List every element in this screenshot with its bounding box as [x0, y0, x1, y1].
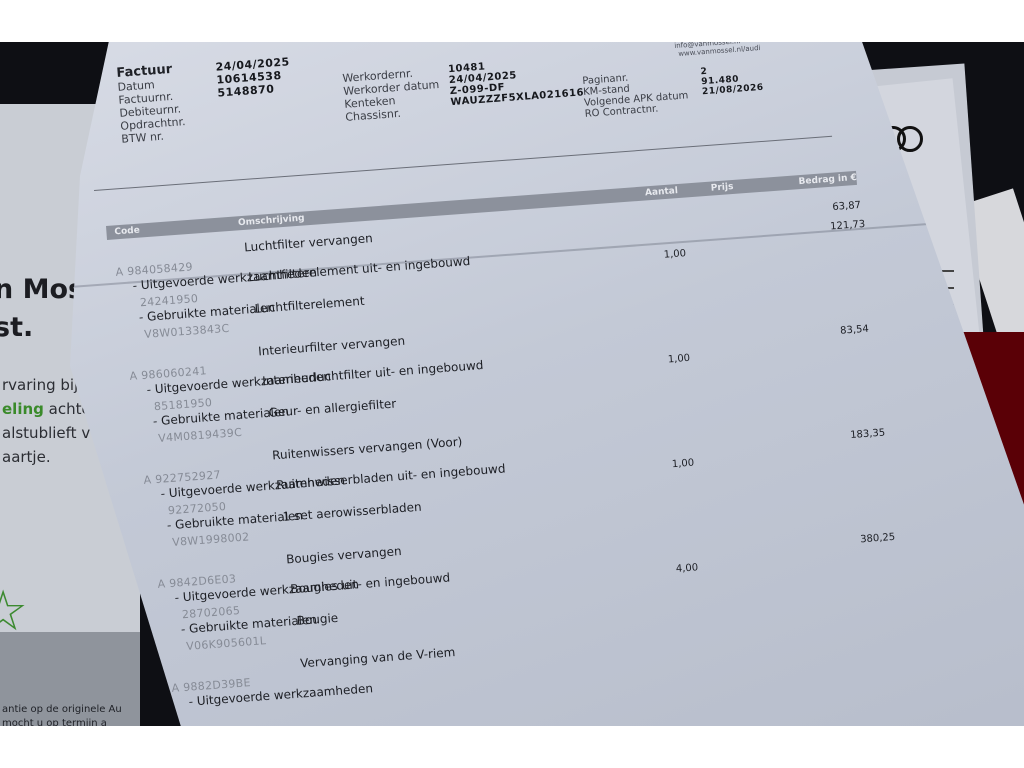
item-title-text: Luchtfilter vervangen — [244, 231, 373, 254]
item-quantity: 1,00 — [672, 458, 695, 471]
item-work-desc: Bougies uit- en ingebouwd — [290, 571, 451, 597]
item-title-text: Bougies vervangen — [286, 544, 402, 566]
item-title-text: Vervanging van de V-riem — [300, 645, 456, 670]
item-material-desc-text: Bougie — [296, 611, 338, 628]
item-work-desc-text: Luchtfilterelement uit- en ingebouwd — [248, 254, 471, 284]
col-description: Omschrijving — [238, 211, 305, 230]
item-material-desc: Geur- en allergiefilter — [268, 397, 396, 420]
item-material-code: V8W0133843C — [144, 322, 230, 341]
item-material-desc-text: Geur- en allergiefilter — [268, 397, 396, 420]
leaflet-text-3: alstublieft v — [2, 424, 90, 442]
invoice-header-right: Paginanr. KM-stand Volgende APK datum RO… — [582, 63, 765, 120]
item-amount: 83,54 — [840, 324, 869, 337]
item-title: Ruitenwissers vervangen (Voor) — [272, 435, 463, 463]
item-material-code-text: V8W0133843C — [144, 322, 230, 341]
item-title-text: Interieurfilter vervangen — [258, 334, 406, 359]
col-price: Prijs — [710, 180, 734, 196]
item-material-desc-text: Luchtfilterelement — [254, 294, 365, 316]
leaflet-heading-1: n Mos — [0, 274, 84, 305]
item-quantity: 4,00 — [676, 562, 699, 575]
item-quantity: 1,00 — [667, 353, 690, 366]
item-material-code: V8W1998002 — [172, 530, 250, 549]
item-title-text: Ruitenwissers vervangen (Voor) — [272, 435, 463, 463]
item-material-desc: Bougie — [296, 611, 338, 628]
invoice-header-middle: Werkordernr. Werkorder datum Kenteken Ch… — [342, 54, 585, 123]
leaflet-heading-2: st. — [0, 312, 33, 343]
item-material-code-text: V8W1998002 — [172, 530, 250, 549]
item-work-desc-text: Interieurluchtfilter uit- en ingebouwd — [262, 358, 484, 388]
item-work-desc: Luchtfilterelement uit- en ingebouwd — [248, 254, 471, 284]
item-material-code: V4M0819439C — [158, 426, 243, 445]
leaflet-text-2: eling achte — [2, 400, 91, 418]
col-amount: Bedrag in € — [798, 171, 857, 189]
item-title: Vervanging van de V-riem — [300, 645, 456, 670]
photo-scene: n Mos st. rvaring bij eling achte alstub… — [0, 42, 1024, 726]
leaflet-footer-1: antie op de originele Au — [2, 704, 122, 715]
item-material-desc-text: 1 set aerowisserbladen — [282, 500, 422, 524]
item-amount: 121,73 — [830, 219, 866, 233]
invoice-header-left: Factuur Datum Factuurnr. Debiteurnr. Opd… — [116, 53, 295, 145]
carry-amount: 63,87 — [832, 200, 861, 213]
col-quantity: Aantal — [645, 184, 679, 200]
col-code: Code — [114, 224, 140, 240]
item-work-desc: Ruitenwisserbladen uit- en ingebouwd — [276, 461, 506, 492]
item-work-desc-text: Bougies uit- en ingebouwd — [290, 571, 451, 597]
item-title: Interieurfilter vervangen — [258, 334, 406, 359]
item-work-desc-text: Ruitenwisserbladen uit- en ingebouwd — [276, 461, 506, 492]
item-material-desc: Luchtfilterelement — [254, 294, 365, 316]
leaflet-text-1: rvaring bij — [2, 376, 78, 394]
item-material-code: V06K905601L — [186, 634, 267, 653]
invoice-paper: info@vanmossel.nl www.vanmossel.nl/audi … — [70, 42, 1024, 726]
item-work-desc: Interieurluchtfilter uit- en ingebouwd — [262, 358, 484, 388]
item-title: Luchtfilter vervangen — [244, 231, 373, 254]
leaflet-text-4: aartje. — [2, 448, 51, 466]
item-material-code-text: V06K905601L — [186, 634, 267, 653]
item-amount: 380,25 — [860, 532, 896, 546]
leaflet-green-word: eling — [2, 400, 44, 418]
leaflet-footer-2: mocht u op termijn a — [2, 718, 107, 726]
leaflet-footer: antie op de originele Au mocht u op term… — [0, 632, 140, 726]
item-amount: 183,35 — [850, 428, 886, 442]
item-quantity: 1,00 — [663, 248, 686, 261]
item-material-code-text: V4M0819439C — [158, 426, 243, 445]
item-title: Bougies vervangen — [286, 544, 402, 566]
item-material-desc: 1 set aerowisserbladen — [282, 500, 422, 524]
